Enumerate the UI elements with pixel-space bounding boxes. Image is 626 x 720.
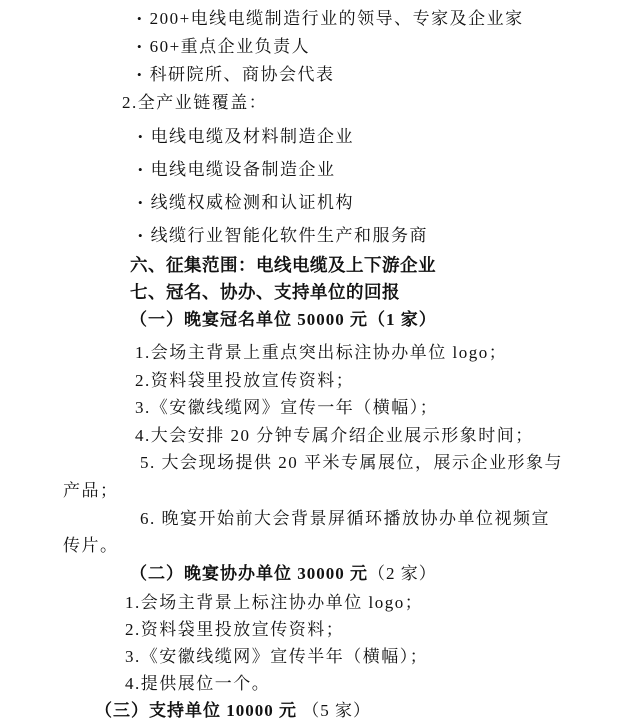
benefit-item-continuation: 产品； bbox=[63, 477, 626, 505]
package-title-regular: （5 家） bbox=[297, 701, 371, 720]
package-title-bold: （三）支持单位 10000 元 bbox=[95, 701, 297, 720]
section-heading-six: 六、征集范围：电线电缆及上下游企业 bbox=[130, 252, 626, 279]
section-heading-seven: 七、冠名、协办、支持单位的回报 bbox=[130, 279, 626, 306]
package-2-benefits: 1.会场主背景上标注协办单位 logo； 2.资料袋里投放宣传资料； 3.《安徽… bbox=[63, 589, 626, 697]
benefit-item: 6. 晚宴开始前大会背景屏循环播放协办单位视频宣 bbox=[140, 505, 626, 533]
bullet-icon: • bbox=[138, 120, 143, 153]
package-title-2: （二）晚宴协办单位 30000 元（2 家） bbox=[130, 560, 626, 587]
package-title-3: （三）支持单位 10000 元 （5 家） bbox=[95, 697, 626, 720]
bullet-icon: • bbox=[138, 153, 143, 186]
list-item-text: 科研院所、商协会代表 bbox=[150, 65, 335, 84]
benefit-item: 2.资料袋里投放宣传资料； bbox=[135, 367, 626, 395]
benefit-item: 4.大会安排 20 分钟专属介绍企业展示形象时间； bbox=[135, 422, 626, 450]
benefit-item: 1.会场主背景上标注协办单位 logo； bbox=[125, 589, 626, 616]
list-item-text: 线缆行业智能化软件生产和服务商 bbox=[151, 226, 429, 245]
benefit-item: 3.《安徽线缆网》宣传半年（横幅）； bbox=[125, 643, 626, 670]
list-item: •线缆权威检测和认证机构 bbox=[138, 186, 626, 219]
package-1-benefits: 1.会场主背景上重点突出标注协办单位 logo； 2.资料袋里投放宣传资料； 3… bbox=[63, 339, 626, 560]
list-item: •电线电缆及材料制造企业 bbox=[138, 120, 626, 153]
list-item: •线缆行业智能化软件生产和服务商 bbox=[138, 219, 626, 252]
full-chain-label: 2.全产业链覆盖： bbox=[122, 89, 626, 117]
list-item: •电线电缆设备制造企业 bbox=[138, 153, 626, 186]
list-item-text: 线缆权威检测和认证机构 bbox=[151, 193, 355, 212]
benefit-item: 2.资料袋里投放宣传资料； bbox=[125, 616, 626, 643]
package-title-1: （一）晚宴冠名单位 50000 元（1 家） bbox=[130, 306, 626, 333]
package-title-regular: （2 家） bbox=[368, 564, 437, 583]
list-item-text: 电线电缆设备制造企业 bbox=[151, 160, 336, 179]
bullet-icon: • bbox=[137, 61, 142, 89]
list-item: •60+重点企业负责人 bbox=[137, 33, 626, 61]
benefit-item: 4.提供展位一个。 bbox=[125, 670, 626, 697]
chain-list: •电线电缆及材料制造企业 •电线电缆设备制造企业 •线缆权威检测和认证机构 •线… bbox=[63, 120, 626, 252]
attendees-list: •200+电线电缆制造行业的领导、专家及企业家 •60+重点企业负责人 •科研院… bbox=[63, 5, 626, 117]
benefit-item: 1.会场主背景上重点突出标注协办单位 logo； bbox=[135, 339, 626, 367]
package-title-bold: （二）晚宴协办单位 30000 元 bbox=[130, 564, 368, 583]
benefit-item: 5. 大会现场提供 20 平米专属展位，展示企业形象与 bbox=[140, 449, 626, 477]
list-item: •科研院所、商协会代表 bbox=[137, 61, 626, 89]
benefit-item: 3.《安徽线缆网》宣传一年（横幅）； bbox=[135, 394, 626, 422]
package-title-bold: （一）晚宴冠名单位 50000 元（1 家） bbox=[130, 310, 437, 329]
bullet-icon: • bbox=[138, 186, 143, 219]
list-item-text: 电线电缆及材料制造企业 bbox=[151, 127, 355, 146]
document-page: •200+电线电缆制造行业的领导、专家及企业家 •60+重点企业负责人 •科研院… bbox=[0, 0, 626, 720]
bullet-icon: • bbox=[138, 219, 143, 252]
list-item: •200+电线电缆制造行业的领导、专家及企业家 bbox=[137, 5, 626, 33]
list-item-text: 60+重点企业负责人 bbox=[150, 37, 311, 56]
bullet-icon: • bbox=[137, 5, 142, 33]
bullet-icon: • bbox=[137, 33, 142, 61]
benefit-item-continuation: 传片。 bbox=[63, 532, 626, 560]
list-item-text: 200+电线电缆制造行业的领导、专家及企业家 bbox=[150, 9, 524, 28]
